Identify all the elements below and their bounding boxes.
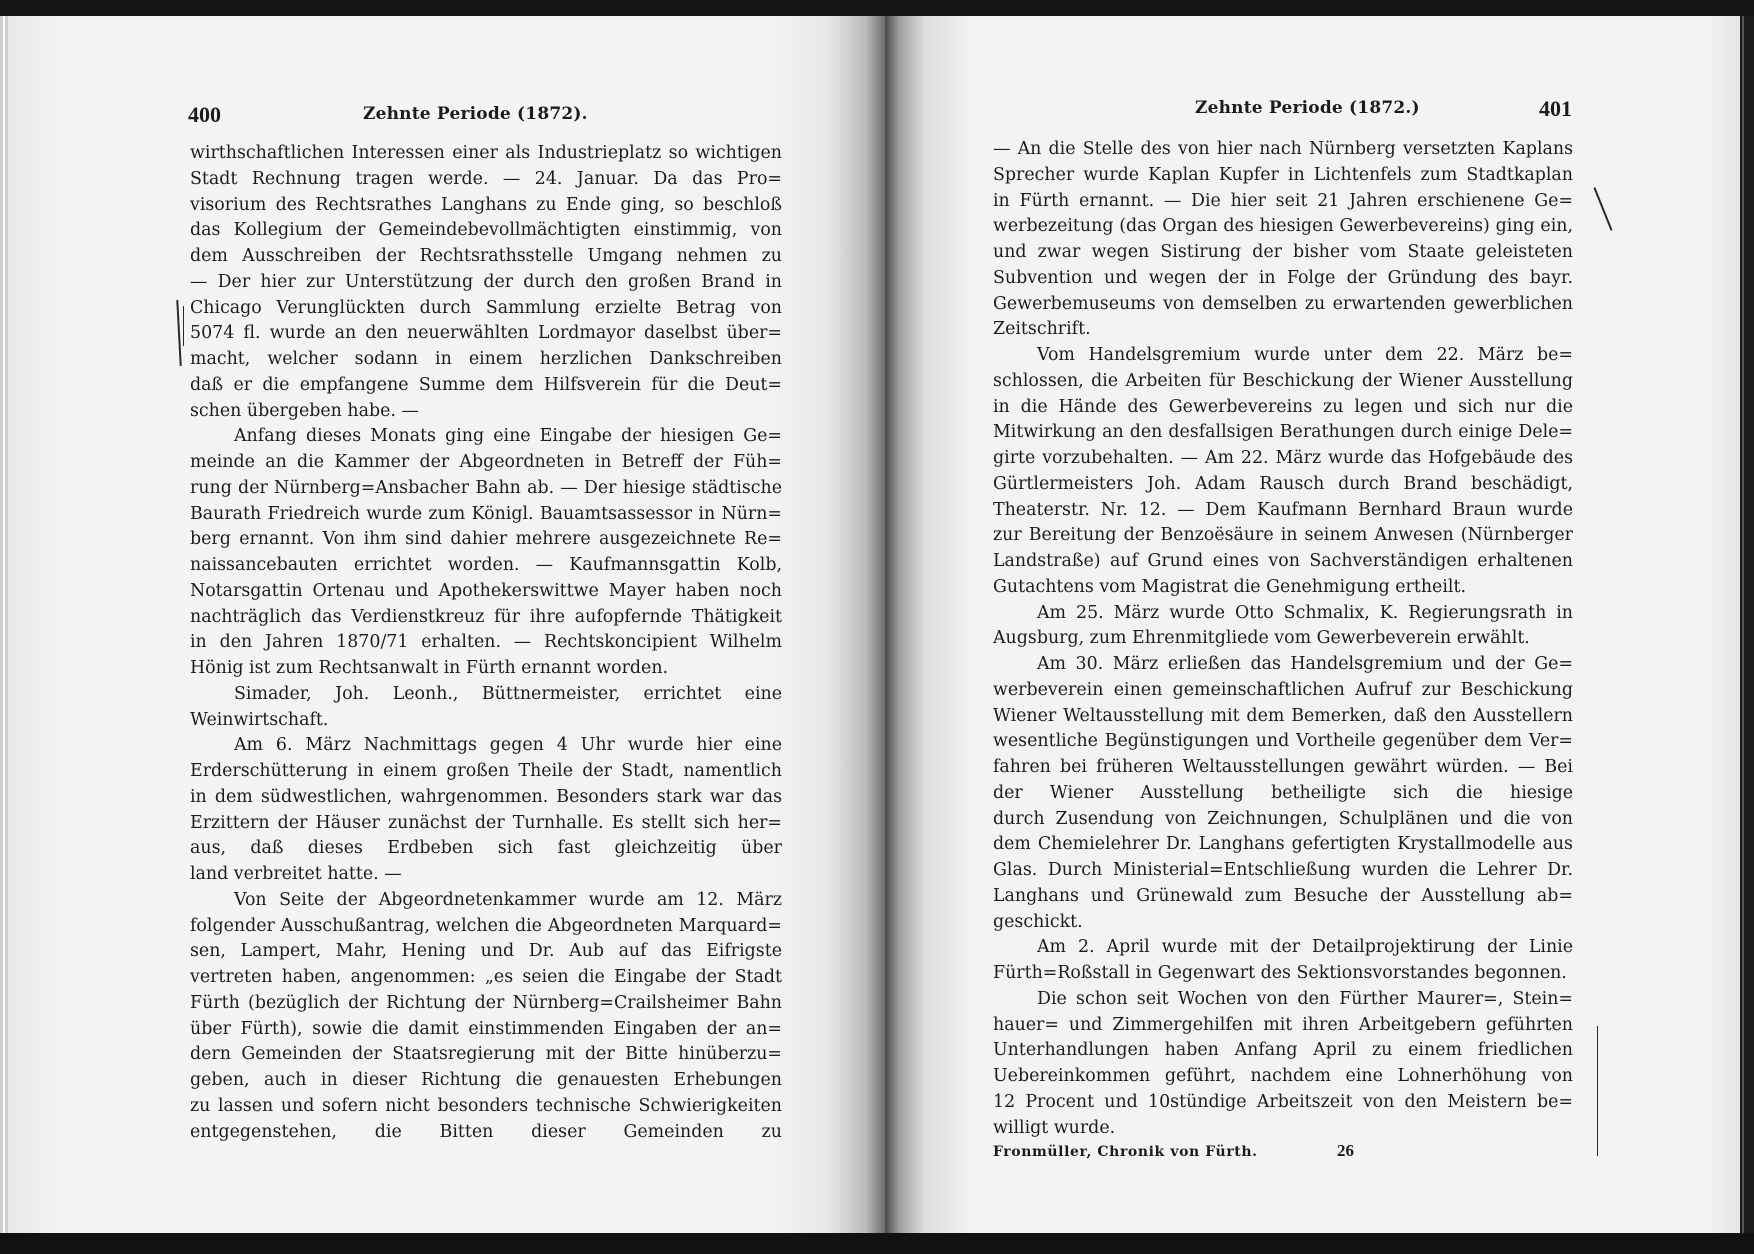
text-line: Am 2. April wurde mit der Detailprojekti… [993, 935, 1573, 961]
text-line: 5074 fl. wurde an den neuerwählten Lordm… [190, 321, 782, 347]
text-line: — An die Stelle des von hier nach Nürnbe… [993, 137, 1573, 163]
book-right-edge [1740, 16, 1754, 1233]
text-line: wesentliche Begünstigungen und Vortheile… [993, 729, 1573, 755]
text-line: schlossen, die Arbeiten für Beschickung … [993, 369, 1573, 395]
text-line: Augsburg, zum Ehrenmitgliede vom Gewerbe… [993, 626, 1573, 652]
text-line: Fürth (bezüglich der Richtung der Nürnbe… [190, 991, 782, 1017]
scan-top-border [0, 0, 1754, 16]
text-line: Erzittern der Häuser zunächst der Turnha… [190, 811, 782, 837]
text-line: geschickt. [993, 910, 1573, 936]
text-line: Gürtlermeisters Joh. Adam Rausch durch B… [993, 472, 1573, 498]
text-line: Theaterstr. Nr. 12. — Dem Kaufmann Bernh… [993, 498, 1573, 524]
text-line: in Fürth ernannt. — Die hier seit 21 Jah… [993, 189, 1573, 215]
text-line: dem Chemielehrer Dr. Langhans gefertigte… [993, 832, 1573, 858]
text-line: Zeitschrift. [993, 317, 1573, 343]
text-line: werbeverein einen gemeinschaftlichen Auf… [993, 678, 1573, 704]
text-line: Erderschütterung in einem großen Theile … [190, 759, 782, 785]
text-line: Vom Handelsgremium wurde unter dem 22. M… [993, 343, 1573, 369]
text-line: rung der Nürnberg=Ansbacher Bahn ab. — D… [190, 476, 782, 502]
text-line: Wiener Weltausstellung mit dem Bemerken,… [993, 704, 1573, 730]
text-line: zur Bereitung der Benzoësäure in seinem … [993, 523, 1573, 549]
text-line: visorium des Rechtsrathes Langhans zu En… [190, 193, 782, 219]
signature-mark: 26 [1337, 1141, 1354, 1161]
text-line: entgegenstehen, die Bitten dieser Gemein… [190, 1120, 782, 1146]
margin-pencil-mark [1597, 1026, 1598, 1156]
margin-pencil-mark [183, 306, 184, 346]
text-line: Notarsgattin Ortenau und Apothekerswittw… [190, 579, 782, 605]
text-line: in dem südwestlichen, wahrgenommen. Beso… [190, 785, 782, 811]
text-line: in die Hände des Gewerbevereins zu legen… [993, 395, 1573, 421]
text-line: Am 30. März erließen das Handelsgremium … [993, 652, 1573, 678]
text-line: Sprecher wurde Kaplan Kupfer in Lichtenf… [993, 163, 1573, 189]
text-line: Gewerbemuseums von demselben zu erwarten… [993, 292, 1573, 318]
text-line: Uebereinkommen geführt, nachdem eine Loh… [993, 1064, 1573, 1090]
text-line: — Der hier zur Unterstützung der durch d… [190, 270, 782, 296]
text-line: hauer= und Zimmergehilfen mit ihren Arbe… [993, 1013, 1573, 1039]
text-line: daß er die empfangene Summe dem Hilfsver… [190, 373, 782, 399]
text-line: zu lassen und sofern nicht besonders tec… [190, 1094, 782, 1120]
right-text-column: — An die Stelle des von hier nach Nürnbe… [993, 137, 1573, 1141]
text-line: Simader, Joh. Leonh., Büttnermeister, er… [190, 682, 782, 708]
text-line: der Wiener Ausstellung betheiligte sich … [993, 781, 1573, 807]
text-line: Subvention und wegen der in Folge der Gr… [993, 266, 1573, 292]
text-line: über Fürth), sowie die damit einstimmend… [190, 1017, 782, 1043]
text-line: geben, auch in dieser Richtung die genau… [190, 1068, 782, 1094]
margin-pencil-mark [1593, 187, 1612, 230]
text-line: wirthschaftlichen Interessen einer als I… [190, 141, 782, 167]
text-line: Hönig ist zum Rechtsanwalt in Fürth erna… [190, 656, 782, 682]
text-line: nachträglich das Verdienstkreuz für ihre… [190, 605, 782, 631]
text-line: Von Seite der Abgeordnetenkammer wurde a… [190, 888, 782, 914]
text-line: schen übergeben habe. — [190, 399, 782, 425]
text-line: aus, daß dieses Erdbeben sich fast gleic… [190, 836, 782, 862]
text-line: Unterhandlungen haben Anfang April zu ei… [993, 1038, 1573, 1064]
text-line: und zwar wegen Sistirung der bisher vom … [993, 240, 1573, 266]
text-line: macht, welcher sodann in einem herzliche… [190, 347, 782, 373]
text-line: Am 6. März Nachmittags gegen 4 Uhr wurde… [190, 733, 782, 759]
left-text-column: wirthschaftlichen Interessen einer als I… [190, 141, 782, 1145]
running-head: Zehnte Periode (1872). [363, 104, 588, 124]
text-line: Chicago Verunglückten durch Sammlung erz… [190, 296, 782, 322]
text-line: Fürth=Roßstall in Gegenwart des Sektions… [993, 961, 1573, 987]
text-line: vertreten haben, angenommen: „es seien d… [190, 965, 782, 991]
text-line: in den Jahren 1870/71 erhalten. — Rechts… [190, 630, 782, 656]
text-line: berg ernannt. Von ihm sind dahier mehrer… [190, 527, 782, 553]
text-line: folgender Ausschußantrag, welchen die Ab… [190, 914, 782, 940]
text-line: Mitwirkung an den desfallsigen Berathung… [993, 420, 1573, 446]
text-line: sen, Lampert, Mahr, Hening und Dr. Aub a… [190, 939, 782, 965]
text-line: meinde an die Kammer der Abgeordneten in… [190, 450, 782, 476]
text-line: girte vorzubehalten. — Am 22. März wurde… [993, 446, 1573, 472]
text-line: dern Gemeinden der Staatsregierung mit d… [190, 1042, 782, 1068]
footer-title: Fronmüller, Chronik von Fürth. [993, 1144, 1258, 1160]
text-line: Baurath Friedreich wurde zum Königl. Bau… [190, 502, 782, 528]
text-line: Am 25. März wurde Otto Schmalix, K. Regi… [993, 601, 1573, 627]
text-line: Die schon seit Wochen von den Fürther Ma… [993, 987, 1573, 1013]
book-left-edge [0, 16, 8, 1233]
text-line: Landstraße) auf Grund eines von Sachvers… [993, 549, 1573, 575]
text-line: Anfang dieses Monats ging eine Eingabe d… [190, 424, 782, 450]
text-line: werbezeitung (das Organ des hiesigen Gew… [993, 214, 1573, 240]
text-line: Stadt Rechnung tragen werde. — 24. Janua… [190, 167, 782, 193]
text-line: das Kollegium der Gemeindebevollmächtigt… [190, 218, 782, 244]
text-line: willigt wurde. [993, 1116, 1573, 1142]
page-number: 401 [1539, 96, 1572, 122]
right-page: Zehnte Periode (1872.) 401 — An die Stel… [885, 16, 1740, 1233]
text-line: Gutachtens vom Magistrat die Genehmigung… [993, 575, 1573, 601]
text-line: dem Ausschreiben der Rechtsrathsstelle U… [190, 244, 782, 270]
page-number: 400 [188, 102, 221, 128]
text-line: 12 Procent und 10stündige Arbeitszeit vo… [993, 1090, 1573, 1116]
text-line: naissancebauten errichtet worden. — Kauf… [190, 553, 782, 579]
running-head: Zehnte Periode (1872.) [1195, 98, 1420, 118]
text-line: Weinwirtschaft. [190, 708, 782, 734]
text-line: land verbreitet hatte. — [190, 862, 782, 888]
scan-bottom-border [0, 1233, 1754, 1254]
text-line: durch Zusendung von Zeichnungen, Schulpl… [993, 807, 1573, 833]
text-line: Glas. Durch Ministerial=Entschließung wu… [993, 858, 1573, 884]
left-page: 400 Zehnte Periode (1872). wirthschaftli… [8, 16, 885, 1233]
text-line: fahren bei früheren Weltausstellungen ge… [993, 755, 1573, 781]
text-line: Langhans und Grünewald zum Besuche der A… [993, 884, 1573, 910]
margin-pencil-mark [176, 300, 181, 366]
